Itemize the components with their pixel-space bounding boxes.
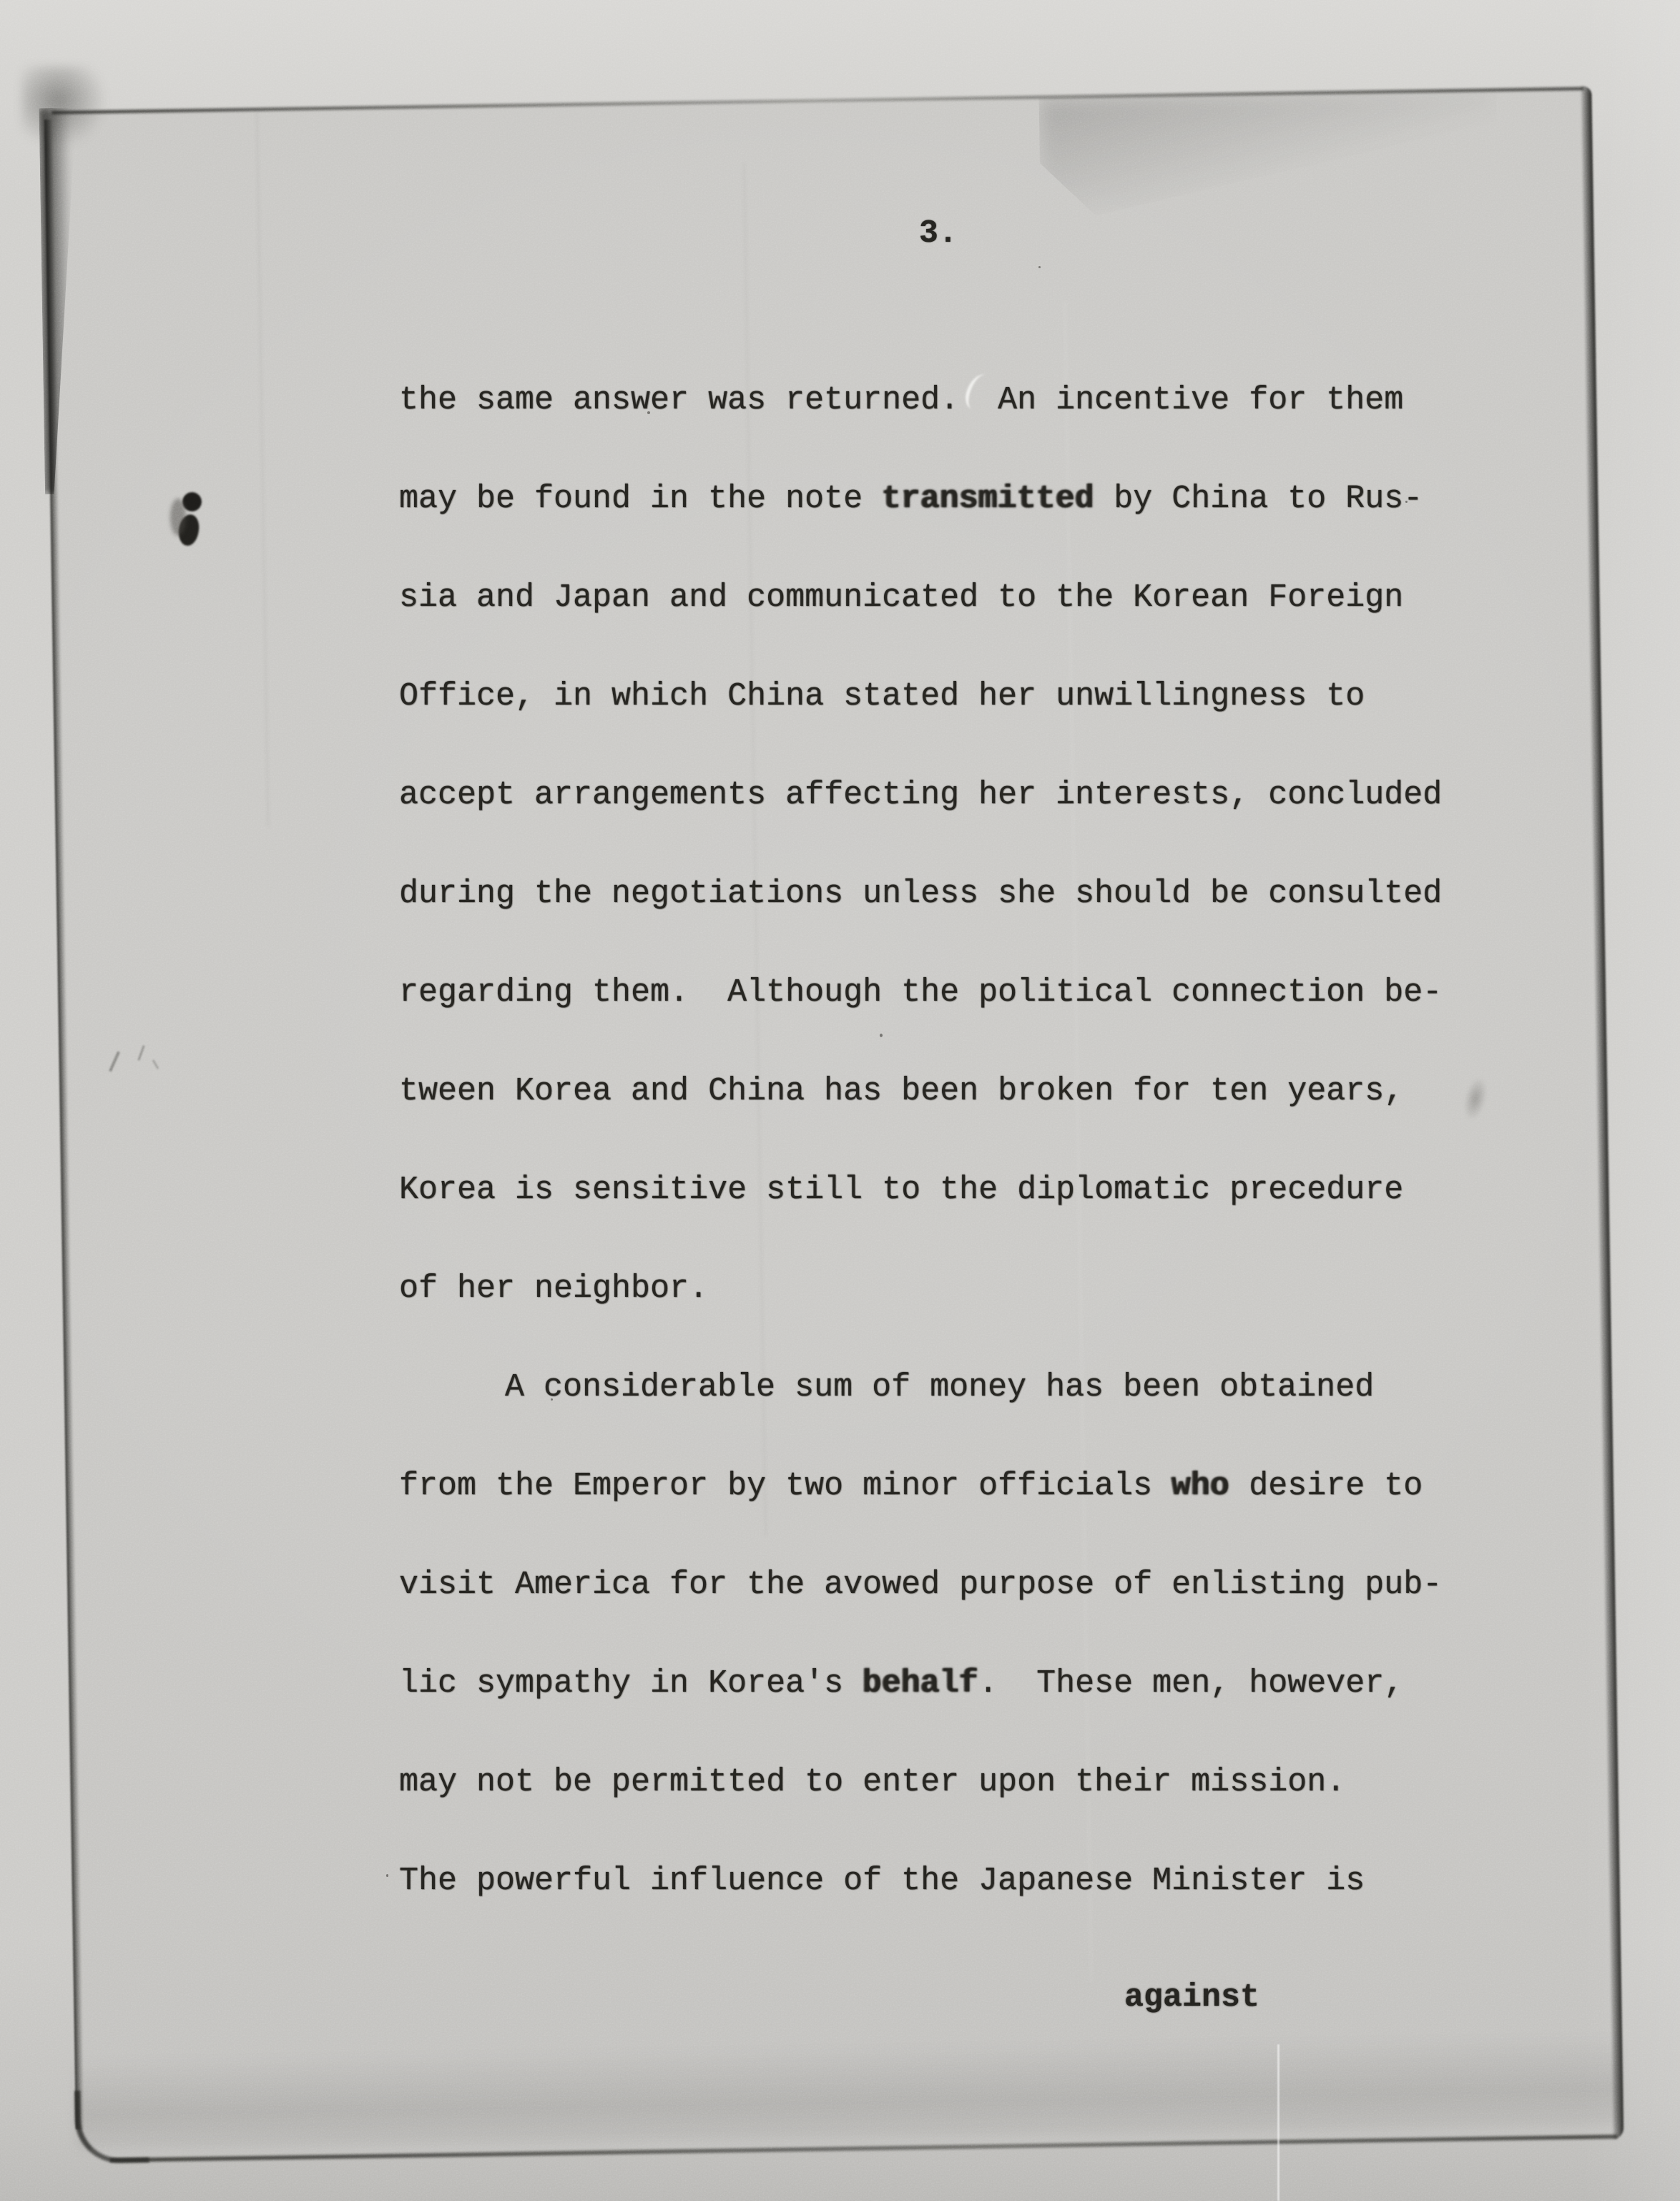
- typed-line: may not be permitted to enter upon their…: [399, 1765, 1442, 1863]
- pencil-stroke: [137, 1045, 144, 1061]
- dust-speck: [551, 1398, 553, 1401]
- ink-blot-dot: [182, 492, 202, 511]
- typed-line: of her neighbor.: [399, 1271, 1442, 1370]
- pencil-stroke: [152, 1059, 159, 1069]
- typed-line: tween Korea and China has been broken fo…: [399, 1074, 1442, 1172]
- top-right-fold-shadow: [1038, 91, 1498, 216]
- photograph-backdrop: 3. the same answer was returned. An ince…: [0, 0, 1680, 2201]
- vertical-crease: [256, 109, 270, 826]
- dust-speck: [880, 1034, 883, 1037]
- typed-line: accept arrangements affecting her intere…: [399, 778, 1442, 876]
- dust-speck: [386, 1874, 388, 1877]
- typed-text-block: the same answer was returned. An incenti…: [399, 383, 1442, 1962]
- typed-line: A considerable sum of money has been obt…: [399, 1370, 1442, 1469]
- typed-line: may be found in the note transmitted by …: [399, 481, 1442, 580]
- dust-speck: [1405, 501, 1408, 503]
- pencil-stroke: [109, 1051, 120, 1072]
- typed-line: Korea is sensitive still to the diplomat…: [399, 1172, 1442, 1271]
- typed-line: the same answer was returned. An incenti…: [399, 383, 1442, 481]
- page-edge-left-shadow: [39, 107, 82, 494]
- typed-line: during the negotiations unless she shoul…: [399, 876, 1442, 975]
- white-scratch: [1277, 2044, 1279, 2201]
- typed-line: regarding them. Although the political c…: [399, 975, 1442, 1074]
- page-number: 3.: [919, 216, 958, 252]
- page-corner-bottom-left: [74, 2089, 149, 2164]
- dust-speck: [1187, 801, 1189, 803]
- dust-speck: [1038, 266, 1041, 268]
- corner-stain: [21, 66, 107, 148]
- typed-line: lic sympathy in Korea's behalf. These me…: [399, 1666, 1442, 1765]
- dust-speck: [647, 411, 650, 414]
- typed-line: from the Emperor by two minor officials …: [399, 1469, 1442, 1567]
- typed-line: The powerful influence of the Japanese M…: [399, 1863, 1442, 1962]
- photo-edge-light: [1580, 0, 1680, 2201]
- typed-line: visit America for the avowed purpose of …: [399, 1567, 1442, 1666]
- pencil-marks: [107, 1041, 172, 1091]
- ink-blot: [172, 490, 209, 550]
- bottom-fold-shadow: [75, 2033, 1621, 2150]
- typed-line: sia and Japan and communicated to the Ko…: [399, 580, 1442, 679]
- typed-line: Office, in which China stated her unwill…: [399, 679, 1442, 778]
- ink-blot-halo: [170, 499, 186, 536]
- catchword: against: [1124, 1980, 1259, 2016]
